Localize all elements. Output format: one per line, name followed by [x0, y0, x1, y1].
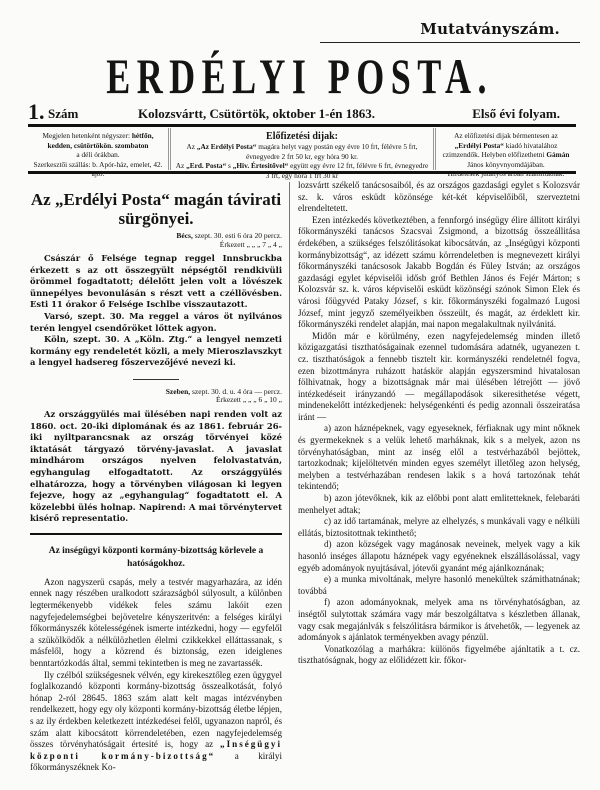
subscription-heading: Előfizetési dijak:	[175, 131, 429, 142]
list-item-e: e) a munka mivoltának, melyre hasonló me…	[298, 574, 580, 597]
masthead: ERDÉLYI POSTA.	[0, 48, 600, 104]
dispatch-vienna: Bécs, szept. 30. esti 6 óra 20 percz. Ér…	[30, 232, 282, 249]
list-item-b: b) azon jótevőknek, kik az előbbi pont a…	[298, 493, 580, 516]
telegram-paragraph: Császár ő Felsége tegnap reggel Innsbruc…	[30, 253, 282, 311]
dispatch-place: Szeben,	[166, 387, 190, 396]
newspaper-title: ERDÉLYI POSTA.	[107, 48, 494, 104]
dispatch-szeben: Szeben, szept. 30. d. u. 4 óra — percz. …	[30, 388, 282, 405]
circular-headline: Az inségügyi központi kormány-bizottság …	[30, 545, 282, 571]
subscription-box: Előfizetési dijak: Az „Az Erdélyi Posta“…	[168, 128, 436, 170]
editorial-address: Szerkesztői szállás: b. Apór-ház, emelet…	[34, 160, 163, 179]
issue-number: 1.	[28, 99, 45, 125]
publication-time: a déli órákban.	[76, 150, 119, 159]
dispatch-place: Bécs,	[176, 231, 192, 240]
article-paragraph: lozsvártt székelő tanácsosaiból, és az o…	[298, 180, 580, 215]
header-rule-top	[28, 124, 576, 127]
list-item-d: d) azon községek vagy magánosak neveinek…	[298, 539, 580, 574]
list-item-c: c) az idő tartamának, melyre az elhelyzé…	[298, 516, 580, 539]
issue-dateline: Kolozsvártt, Csütörtök, oktober 1-én 186…	[138, 106, 375, 122]
telegram-paragraph: Az országgyülés mai ülésében napi renden…	[30, 409, 282, 525]
sample-rule	[320, 42, 580, 43]
issue-label: Szám	[48, 106, 78, 122]
article-paragraph: Azon nagyszerü csapás, mely a testvér ma…	[30, 577, 282, 670]
sub-text: Az	[176, 161, 185, 170]
article-paragraph: Ily czélból szükségesnek vélvén, egy kir…	[30, 670, 282, 774]
address-text: János könyvnyomdájában.	[467, 160, 544, 169]
address-text: Az előfizetési dijak bérmentesen az	[454, 131, 558, 140]
newspaper-page: Mutatványszám. ERDÉLYI POSTA. 1. Szám Ko…	[0, 0, 600, 790]
issue-info-line: 1. Szám Kolozsvártt, Csütörtök, oktober …	[28, 103, 588, 123]
right-column: lozsvártt székelő tanácsosaiból, és az o…	[298, 180, 580, 667]
address-title: „Erdélyi Posta“	[455, 141, 504, 150]
column-divider	[289, 182, 290, 612]
sub-title: „Az Erdélyi Posta“	[197, 142, 257, 151]
article-paragraph: Vonatkozólag a marhákra: különös figyelm…	[298, 644, 580, 667]
list-item-f: f) azon adományoknak, melyek ama ns törv…	[298, 597, 580, 643]
info-boxes: Megjelen hetenként négyszer: hétfőn, ked…	[28, 128, 576, 170]
article-paragraph: Midőn már e körülmény, ezen nagyfejedele…	[298, 331, 580, 424]
telegram-paragraph: Varsó, szept. 30. Ma reggel a város öt n…	[30, 311, 282, 334]
article-text: Ily czélból szükségesnek vélvén, egy kir…	[30, 670, 282, 750]
sub-text: Az	[186, 142, 195, 151]
volume-label: Első évi folyam.	[472, 106, 560, 122]
sample-issue-label: Mutatványszám.	[420, 20, 560, 38]
dispatch-arrived: Érkezett „ „ „ 6 „ 10 „	[216, 395, 282, 404]
address-box: Az előfizetési dijak bérmentesen az „Erd…	[436, 128, 576, 170]
dispatch-arrived: Érkezett „ „ „ 7 „ 4 „	[220, 240, 282, 249]
article-separator	[30, 533, 282, 535]
left-column: Az „Erdélyi Posta“ magán távirati sürgön…	[30, 180, 282, 774]
telegram-paragraph: Köln, szept. 30. A „Köln. Ztg.“ a lengye…	[30, 334, 282, 369]
publication-info-box: Megjelen hetenként négyszer: hétfőn, ked…	[28, 128, 168, 170]
sub-title: „Erd. Posta“	[186, 161, 226, 170]
sub-text: s	[228, 161, 231, 170]
header-rule-bottom	[28, 171, 576, 174]
publication-frequency: Megjelen hetenként négyszer:	[42, 131, 130, 140]
telegram-headline: Az „Erdélyi Posta“ magán távirati sürgön…	[30, 190, 282, 228]
printer-name: Gámán	[546, 150, 569, 159]
section-separator	[133, 379, 179, 380]
sub-price-1: magára helyt vagy postán egy évre 10 frt…	[246, 142, 417, 161]
list-item-a: a) azon háznépeknek, vagy egyeseknek, fé…	[298, 423, 580, 493]
sub-title: „Hiv. Értesitővel“	[233, 161, 289, 170]
article-paragraph: Ezen intézkedés következtében, a fennfor…	[298, 215, 580, 331]
